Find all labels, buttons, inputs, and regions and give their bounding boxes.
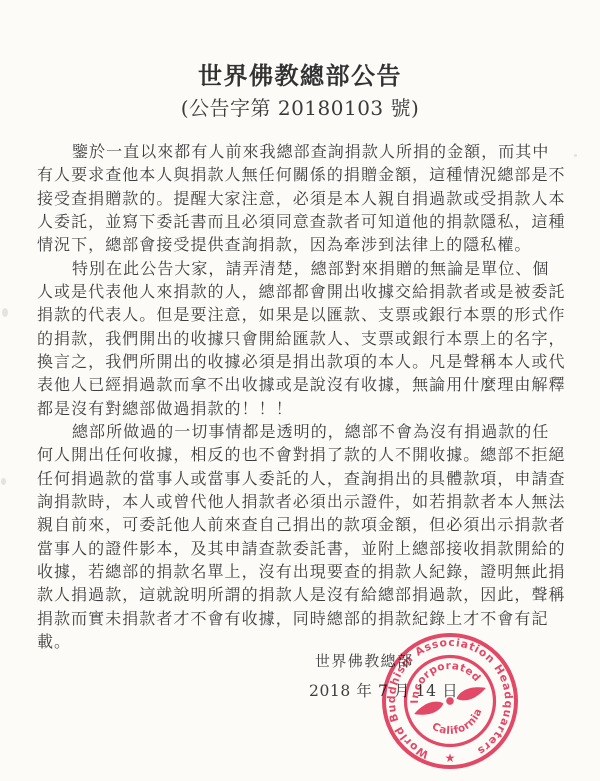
body-line: 任何捐過款的當事人或當事人委託的人，查詢捐出的具體款項，申請查: [37, 467, 569, 490]
stamp-star-icon: ★: [445, 751, 456, 765]
paragraph: 鑒於一直以來都有人前來我總部查詢捐款人所捐的金額，而其中有人要求查他本人與捐款人…: [37, 140, 569, 257]
document-title: 世界佛教總部公告: [0, 56, 600, 91]
body-line: 人委託，並寫下委託書而且必須同意查款者可知道他的捐款隱私，這種: [37, 210, 569, 233]
paragraph: 總部所做過的一切事情都是透明的，總部不會為沒有捐過款的任何人開出任何收據，相反的…: [37, 420, 569, 653]
body-line: 親自前來，可委託他人前來查自己捐出的款項金額，但必須出示捐款者: [37, 513, 569, 536]
body-line: 都是沒有對總部做過捐款的！！！: [37, 397, 569, 420]
body-line: 捐款的代表人。但是要注意，如果是以匯款、支票或銀行本票的形式作: [37, 303, 569, 326]
scan-speck: [574, 154, 577, 157]
body-line: 收據，若總部的捐款名單上，沒有出現要查的捐款人紀錄，證明無此捐: [37, 560, 569, 583]
scan-speck: [2, 308, 8, 317]
paragraph: 特別在此公告大家，請弄清楚，總部對來捐贈的無論是單位、個人或是代表他人來捐款的人…: [37, 257, 569, 420]
body-line: 接受查捐贈款的。提醒大家注意，必須是本人親自捐過款或受捐款人本: [37, 187, 569, 210]
body-line: 何人開出任何收據，相反的也不會對捐了款的人不開收據。總部不拒絕: [37, 443, 569, 466]
body-line: 情況下，總部會接受提供查詢捐款，因為牽涉到法律上的隱私權。: [37, 233, 569, 256]
body-line: 特別在此公告大家，請弄清楚，總部對來捐贈的無論是單位、個: [37, 257, 569, 280]
body-line: 有人要求查他本人與捐款人無任何關係的捐贈金額，這種情況總部是不: [37, 163, 569, 186]
document-body: 鑒於一直以來都有人前來我總部查詢捐款人所捐的金額，而其中有人要求查他本人與捐款人…: [37, 140, 569, 653]
body-line: 總部所做過的一切事情都是透明的，總部不會為沒有捐過款的任: [37, 420, 569, 443]
body-line: 的捐款，我們開出的收據只會開給匯款人、支票或銀行本票上的名字，: [37, 327, 569, 350]
body-line: 人或是代表他人來捐款的人，總部都會開出收據交給捐款者或是被委託: [37, 280, 569, 303]
body-line: 換言之，我們所開出的收據必須是捐出款項的本人。凡是聲稱本人或代: [37, 350, 569, 373]
body-line: 鑒於一直以來都有人前來我總部查詢捐款人所捐的金額，而其中: [37, 140, 569, 163]
body-line: 詢捐款時，本人或曾代他人捐款者必須出示證件，如若捐款者本人無法: [37, 490, 569, 513]
body-line: 表他人已經捐過款而拿不出收據或是說沒有收據，無論用什麼理由解釋: [37, 373, 569, 396]
red-seal-stamp-icon: World Buddhism Association Headquarters …: [376, 627, 524, 775]
scan-speck: [1, 478, 6, 485]
body-line: 當事人的證件影本，及其申請查款委託書，並附上總部接收捐款開給的: [37, 537, 569, 560]
scanned-announcement-page: 世界佛教總部公告 (公告字第 20180103 號) 鑒於一直以來都有人前來我總…: [0, 0, 600, 781]
body-line: 款人捐過款，這就說明所謂的捐款人是沒有給總部捐過款，因此，聲稱: [37, 583, 569, 606]
document-subtitle: (公告字第 20180103 號): [0, 92, 600, 121]
